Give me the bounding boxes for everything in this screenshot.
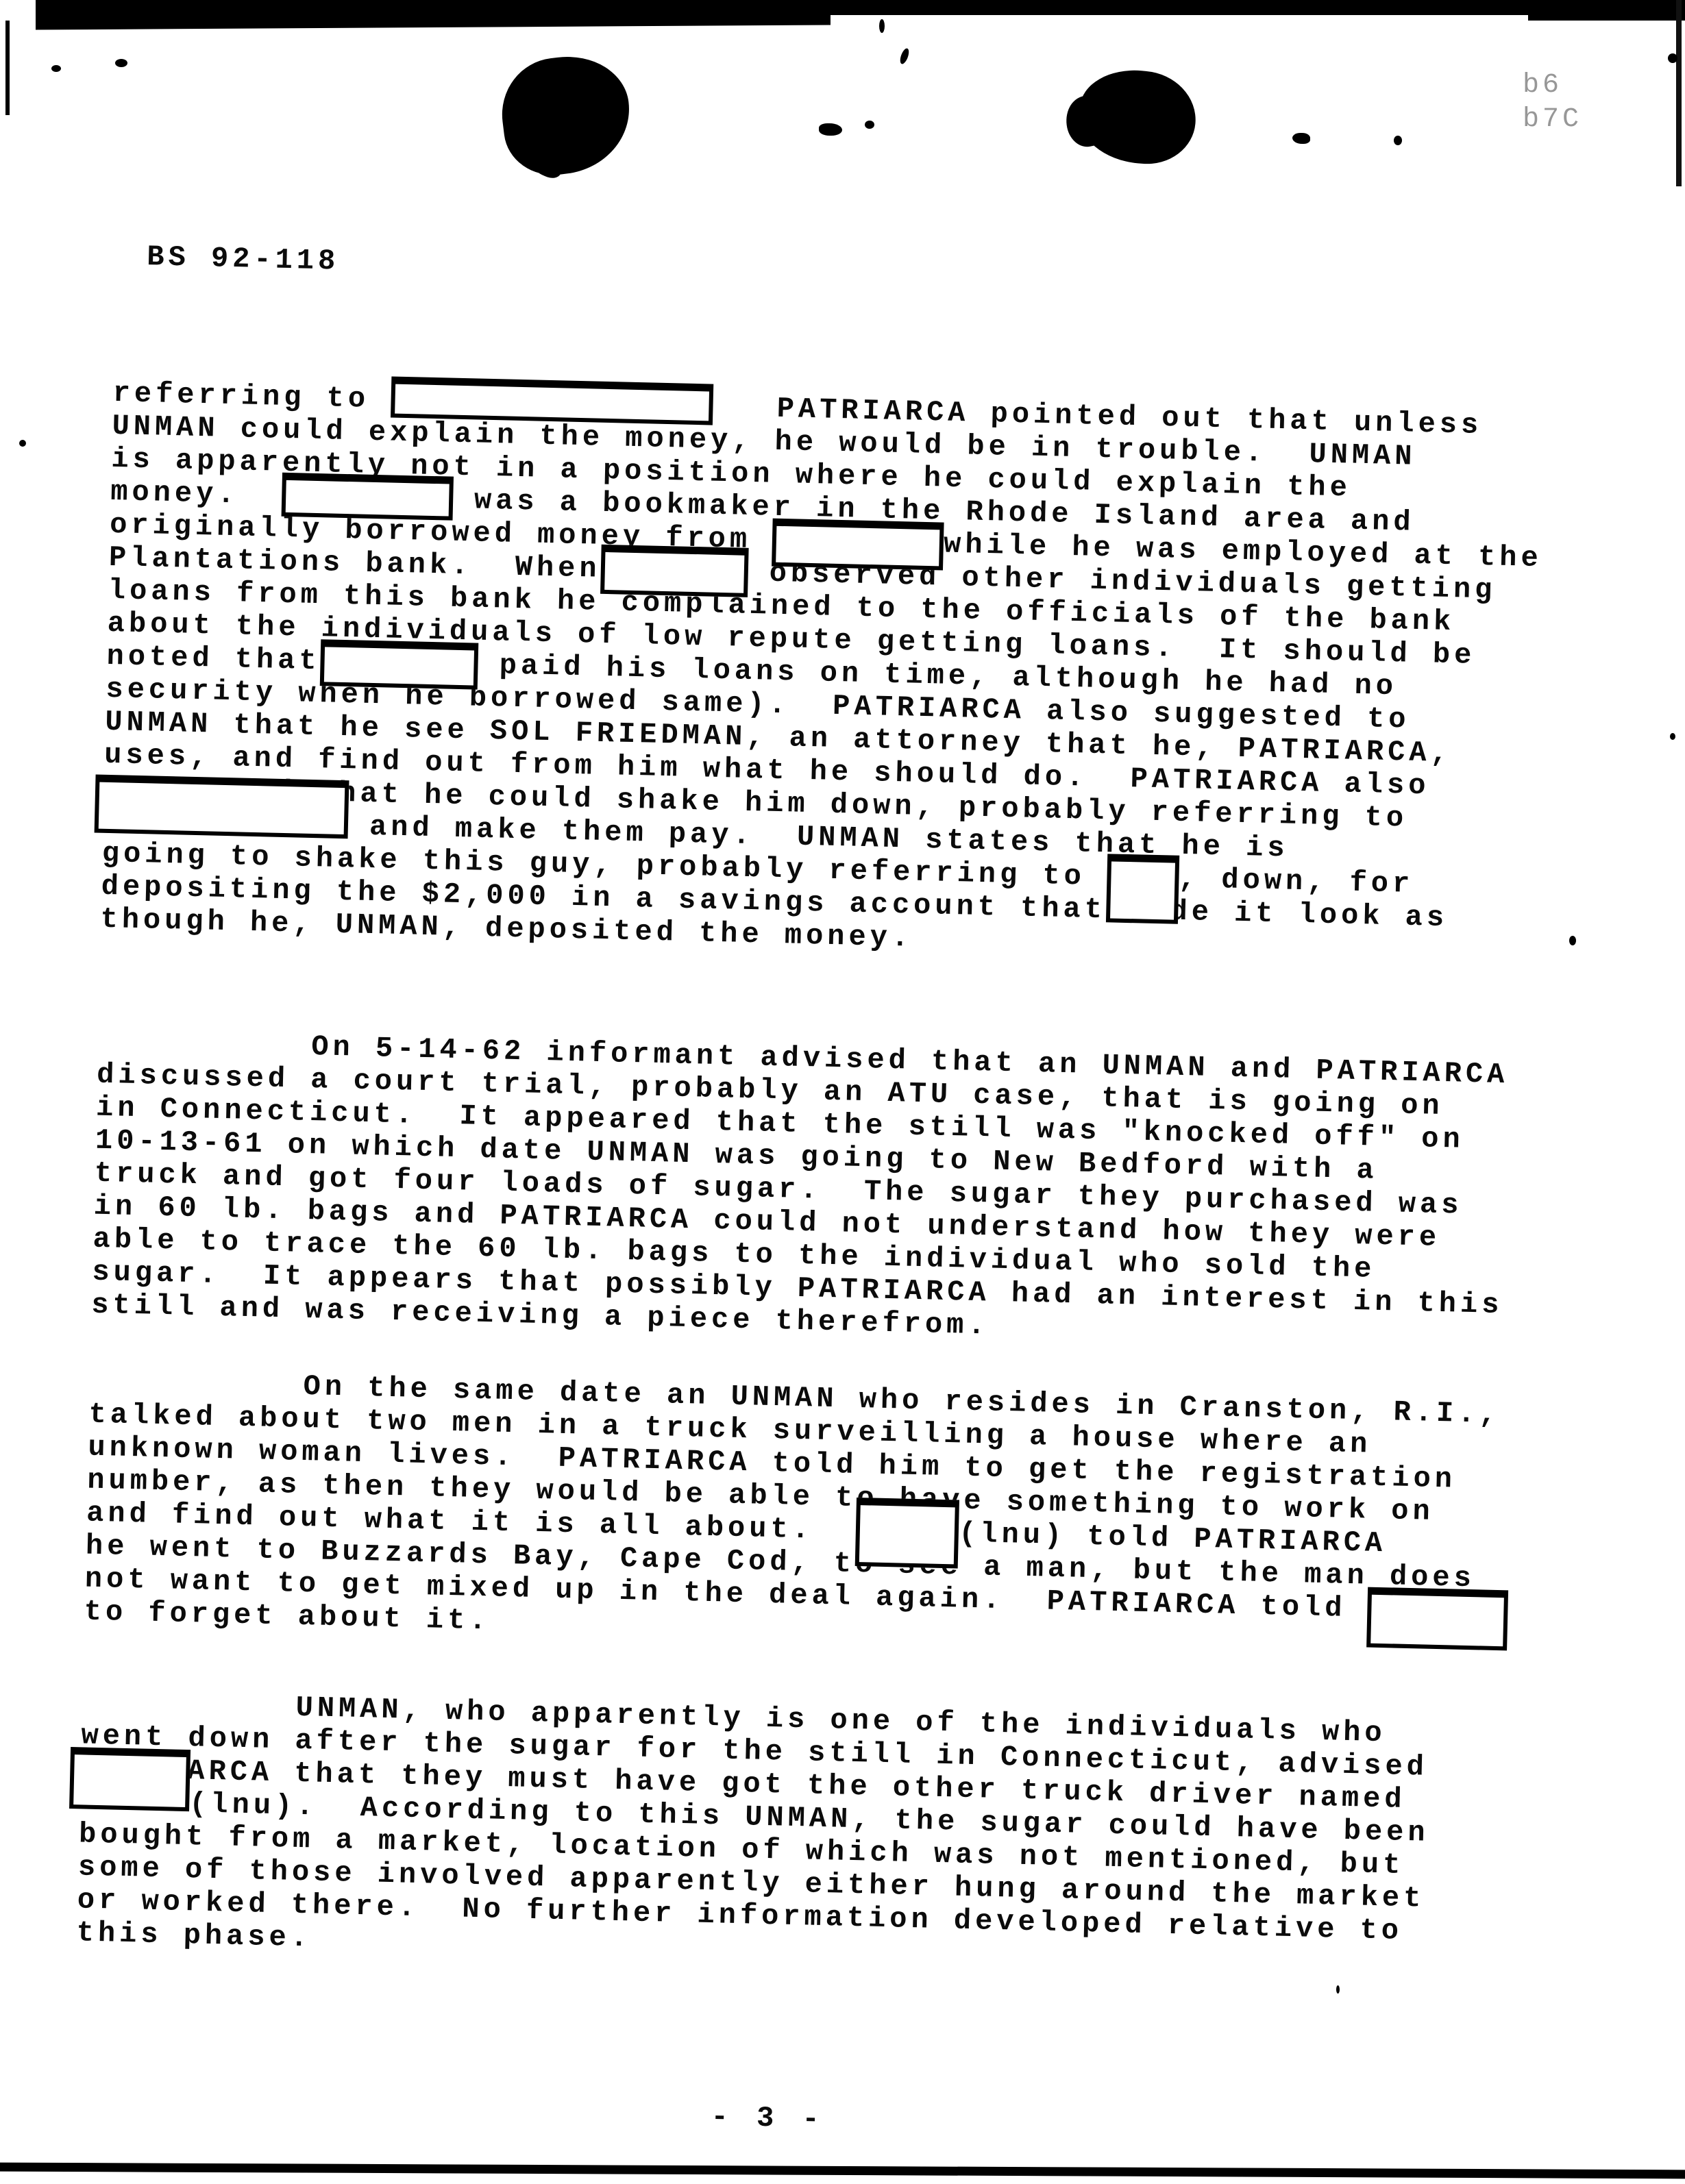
redaction-box-border (320, 639, 479, 689)
text-segment: , down, for (1178, 863, 1414, 901)
scan-speck (819, 123, 842, 136)
scan-speck (879, 19, 885, 33)
case-number: BS 92-118 (147, 240, 1597, 308)
redaction-box (1107, 884, 1179, 886)
redaction-box (95, 827, 348, 834)
redaction-box-border (600, 545, 749, 597)
redaction-box (772, 547, 944, 552)
redaction-box-border (95, 775, 349, 839)
scan-edge-bottom (0, 2163, 1685, 2179)
redaction-box (320, 668, 478, 672)
text-segment: this phase. (76, 1916, 312, 1955)
exemption-code-b6: b6 (1523, 69, 1582, 103)
redaction-box-border (281, 473, 453, 521)
scan-edge-right (1676, 0, 1682, 186)
scan-edge-left (5, 21, 10, 115)
paragraph-4: UNMAN, who apparently is one of the indi… (76, 1686, 1562, 1984)
scan-edge-top-right (1528, 0, 1685, 21)
scanned-document-page: b6 b7C BS 92-118 referring to PATRIARCA … (0, 0, 1685, 2184)
redaction-box-border (1106, 854, 1179, 923)
scan-speck (51, 65, 61, 72)
redaction-box-border (772, 519, 944, 571)
redaction-box (856, 1538, 959, 1541)
redaction-box (282, 503, 453, 508)
text-segment: money. (110, 475, 282, 512)
scan-speck (115, 59, 127, 67)
redaction-box (600, 576, 748, 580)
scan-speck (19, 440, 26, 447)
scan-speck (865, 121, 874, 129)
scan-speck (1394, 136, 1402, 145)
paragraph-1: referring to PATRIARCA pointed out that … (100, 377, 1593, 971)
document-content: BS 92-118 referring to PATRIARCA pointed… (72, 240, 1596, 2153)
paragraph-3: On the same date an UNMAN who resides in… (84, 1365, 1569, 1663)
ink-blot-left (495, 49, 636, 180)
scan-speck (1668, 53, 1677, 63)
scan-speck (1670, 733, 1675, 740)
scan-edge-top-thick (36, 0, 831, 30)
text-segment: noted that (106, 640, 321, 678)
foia-exemption-codes: b6 b7C (1523, 69, 1582, 137)
exemption-code-b7c: b7C (1523, 103, 1582, 137)
redaction-box (69, 1808, 189, 1811)
page-number: - 3 - (72, 2085, 1553, 2153)
redaction-box (1367, 1616, 1508, 1620)
scan-speck (1292, 133, 1310, 144)
document-body: referring to PATRIARCA pointed out that … (76, 377, 1592, 1984)
redaction-box-border (69, 1747, 190, 1811)
redaction-box-border (1366, 1587, 1508, 1651)
redaction-box-border (855, 1498, 959, 1569)
redaction-box (391, 406, 713, 414)
redaction-box-border (391, 377, 713, 425)
scan-speck (898, 47, 911, 65)
paragraph-2: On 5-14-62 informant advised that an UNM… (91, 1026, 1578, 1356)
